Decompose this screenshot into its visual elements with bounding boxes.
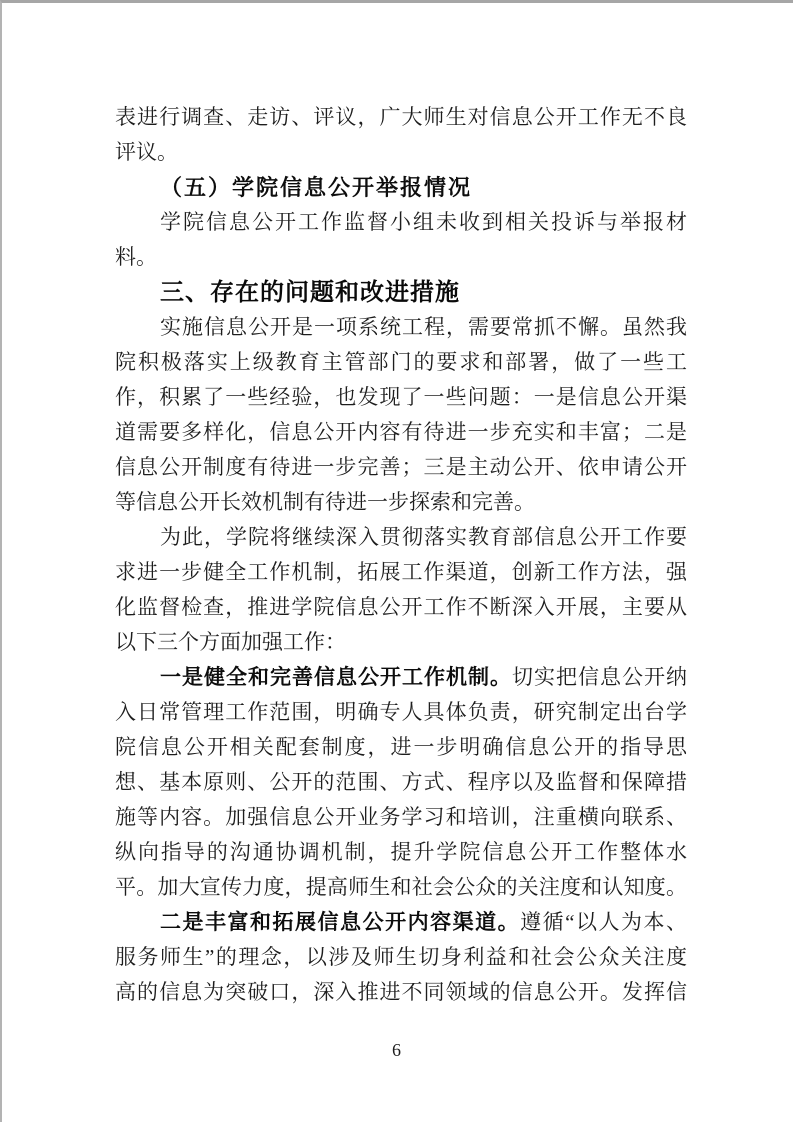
text-line: 信息公开制度有待进一步完善；三是主动公开、依申请公开 — [115, 450, 687, 485]
document-body: 表进行调查、走访、评议，广大师生对信息公开工作无不良 评议。 （五）学院信息公开… — [115, 100, 687, 1010]
text-run: 切实把信息公开纳 — [512, 665, 687, 689]
text-line: 化监督检查，推进学院信息公开工作不断深入开展，主要从 — [115, 590, 687, 625]
text-line: 为此，学院将继续深入贯彻落实教育部信息公开工作要 — [115, 520, 687, 555]
text-line: 二是丰富和拓展信息公开内容渠道。遵循“以人为本、 — [115, 905, 687, 940]
text-line: 作，积累了一些经验，也发现了一些问题：一是信息公开渠 — [115, 380, 687, 415]
text-line: 高的信息为突破口，深入推进不同领域的信息公开。发挥信 — [115, 975, 687, 1010]
document-page: 表进行调查、走访、评议，广大师生对信息公开工作无不良 评议。 （五）学院信息公开… — [0, 0, 793, 1122]
text-line: 院积极落实上级教育主管部门的要求和部署，做了一些工 — [115, 345, 687, 380]
text-run: 遵循“以人为本、 — [520, 910, 687, 934]
text-line: 以下三个方面加强工作： — [115, 625, 687, 660]
text-line: 料。 — [115, 240, 687, 275]
text-line: 评议。 — [115, 135, 687, 170]
text-line: 施等内容。加强信息公开业务学习和培训，注重横向联系、 — [115, 800, 687, 835]
text-line: 服务师生”的理念，以涉及师生切身利益和社会公众关注度 — [115, 940, 687, 975]
text-line: 等信息公开长效机制有待进一步探索和完善。 — [115, 485, 687, 520]
text-line: 求进一步健全工作机制，拓展工作渠道，创新工作方法，强 — [115, 555, 687, 590]
text-line: 学院信息公开工作监督小组未收到相关投诉与举报材 — [115, 205, 687, 240]
text-line: 想、基本原则、公开的范围、方式、程序以及监督和保障措 — [115, 765, 687, 800]
bold-lead-measure-one: 一是健全和完善信息公开工作机制。 — [160, 665, 512, 689]
text-line: 道需要多样化，信息公开内容有待进一步充实和丰富；二是 — [115, 415, 687, 450]
text-line: 纵向指导的沟通协调机制，提升学院信息公开工作整体水 — [115, 835, 687, 870]
bold-lead-measure-two: 二是丰富和拓展信息公开内容渠道。 — [160, 910, 520, 934]
text-line: 实施信息公开是一项系统工程，需要常抓不懈。虽然我 — [115, 310, 687, 345]
text-line: 平。加大宣传力度，提高师生和社会公众的关注度和认知度。 — [115, 870, 687, 905]
text-line: 院信息公开相关配套制度，进一步明确信息公开的指导思 — [115, 730, 687, 765]
text-line: 表进行调查、走访、评议，广大师生对信息公开工作无不良 — [115, 100, 687, 135]
section-heading-problems-and-improvements: 三、存在的问题和改进措施 — [115, 275, 687, 310]
subsection-heading-complaints: （五）学院信息公开举报情况 — [115, 170, 687, 205]
text-line: 一是健全和完善信息公开工作机制。切实把信息公开纳 — [115, 660, 687, 695]
page-number: 6 — [2, 1040, 791, 1061]
text-line: 入日常管理工作范围，明确专人具体负责，研究制定出台学 — [115, 695, 687, 730]
